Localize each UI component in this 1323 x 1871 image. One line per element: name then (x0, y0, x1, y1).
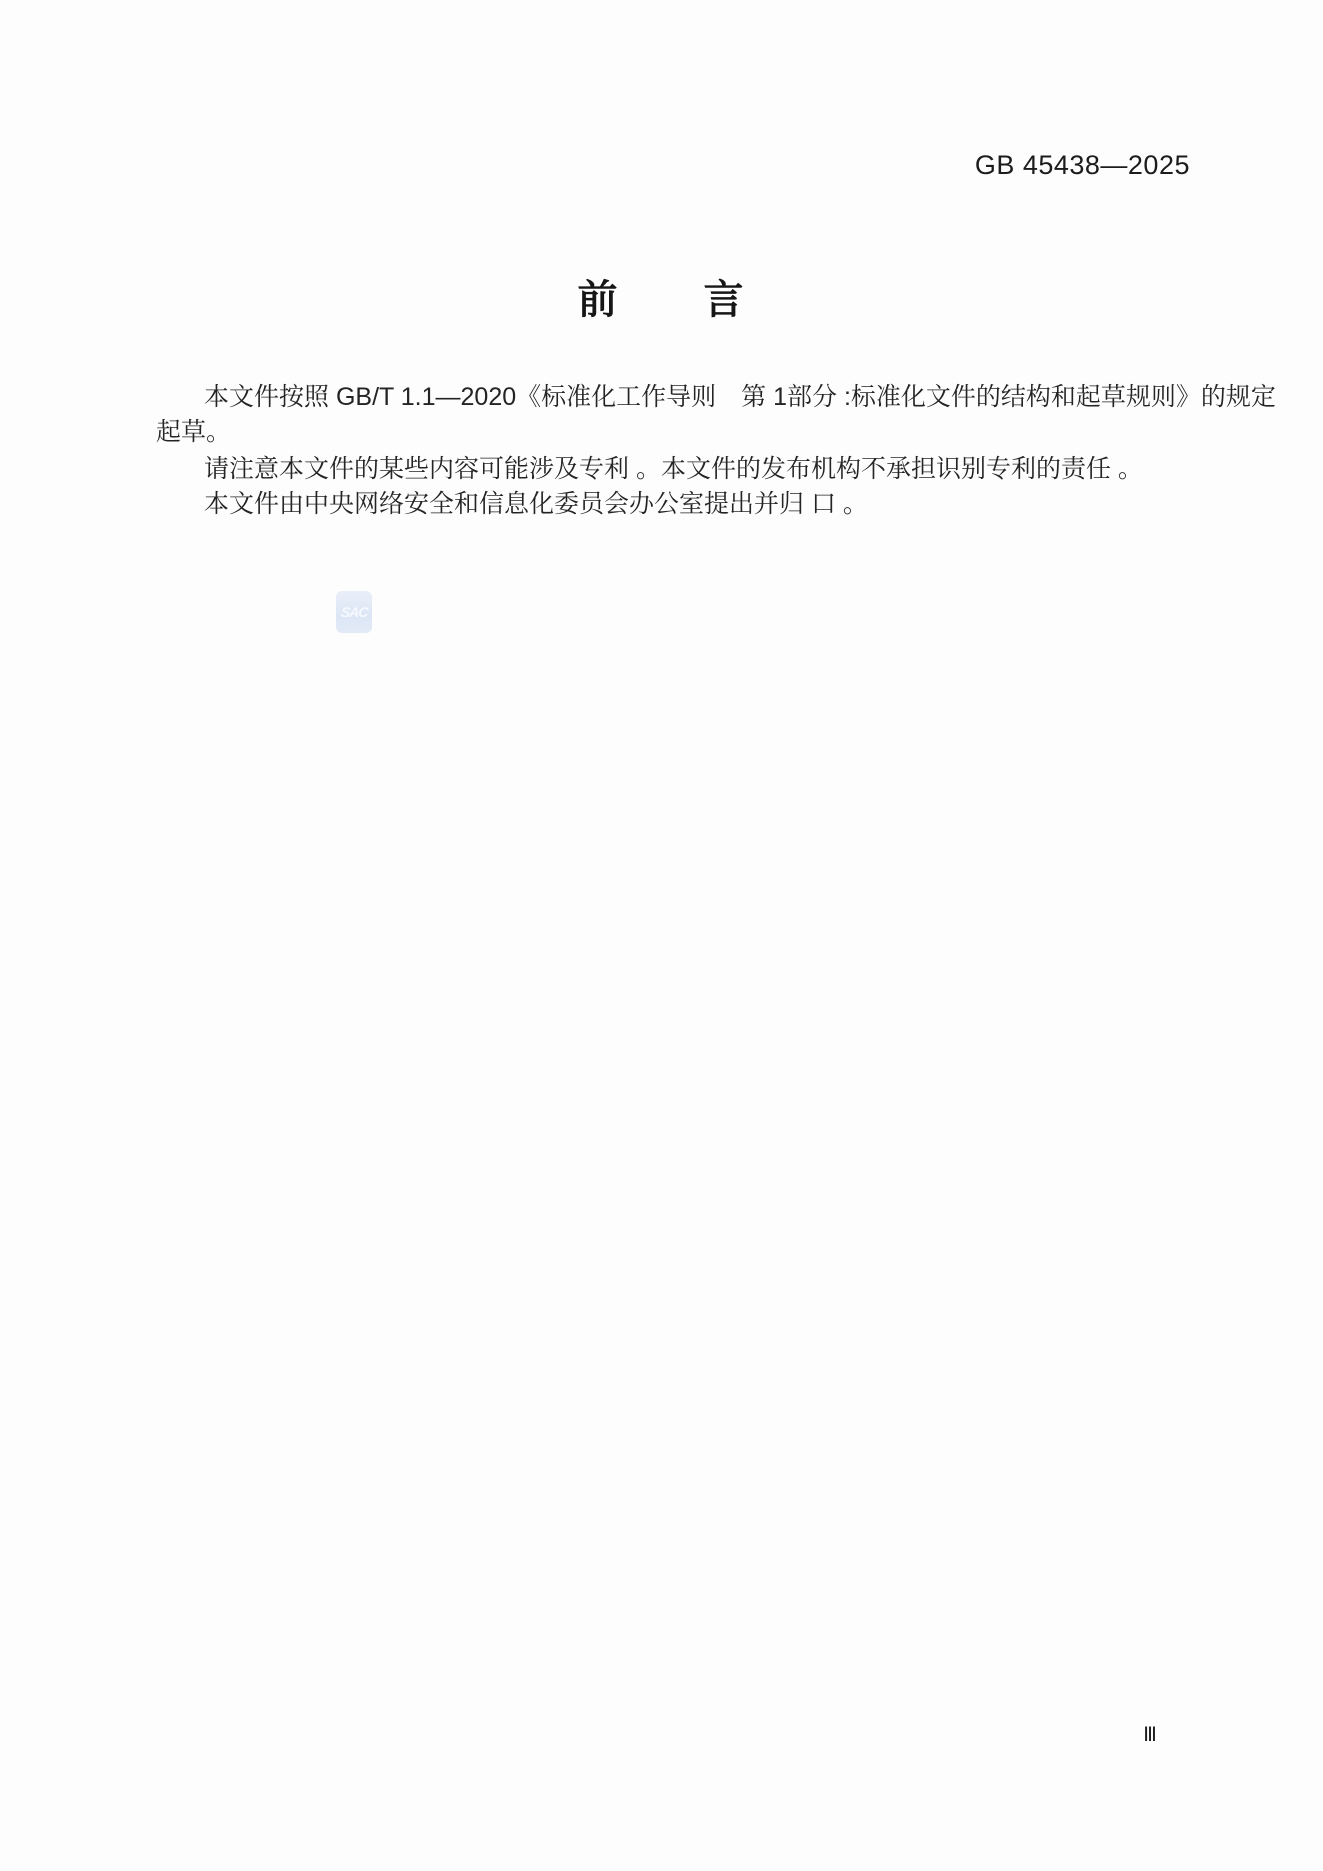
paragraph-2: 请注意本文件的某些内容可能涉及专利 。本文件的发布机构不承担识别专利的责任 。 (156, 451, 1192, 487)
paragraph-1-line-2: 起草。 (156, 414, 1192, 450)
sac-watermark: SAC (336, 591, 372, 633)
paragraph-1-line-1: 本文件按照 GB/T 1.1—2020《标准化工作导则 第 1部分 :标准化文件… (156, 379, 1192, 415)
page-title: 前 言 (0, 268, 1323, 325)
paragraph-3: 本文件由中央网络安全和信息化委员会办公室提出并归 口 。 (156, 486, 1192, 522)
standard-number: GB 45438—2025 (850, 150, 1190, 181)
sac-watermark-text: SAC (340, 604, 368, 620)
page-number: Ⅲ (1120, 1722, 1180, 1747)
document-page: GB 45438—2025 前 言 本文件按照 GB/T 1.1—2020《标准… (0, 0, 1323, 1871)
